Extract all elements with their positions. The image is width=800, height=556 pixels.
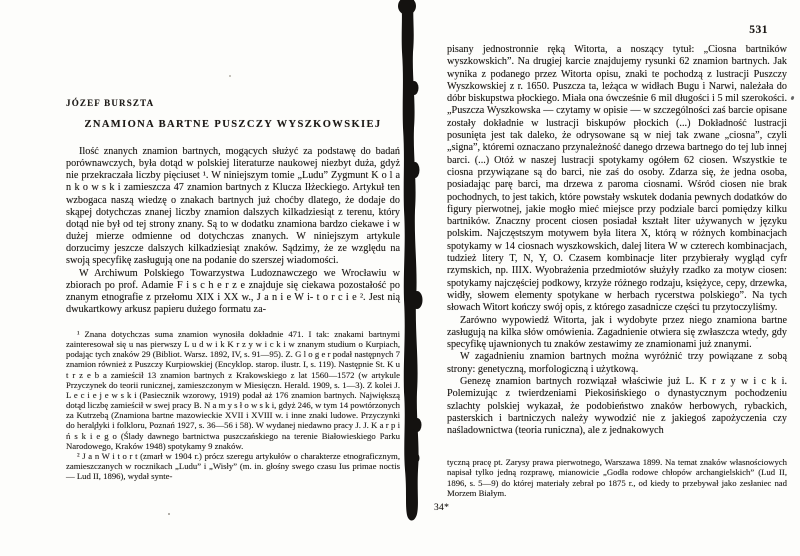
footnote: ¹ Znana dotychczas suma znamion wynosiła…: [66, 329, 400, 451]
scan-speck: [756, 337, 758, 339]
body-paragraph: pisany jednostronnie ręką Witorta, a nos…: [447, 44, 787, 315]
body-paragraph: Genezę znamion bartnych rozwiązał właści…: [447, 376, 787, 437]
right-page-footnotes: tyczną pracę pt. Zarysy prawa pierwotneg…: [447, 457, 787, 498]
author-name: JÓZEF BURSZTA: [66, 98, 154, 108]
scan-speck: [229, 75, 231, 77]
scan-speck: [790, 96, 794, 101]
scanned-book-spread: JÓZEF BURSZTA ZNAMIONA BARTNE PUSZCZY WY…: [0, 0, 800, 556]
book-spine-shadow: [394, 0, 424, 556]
scan-speck: [168, 513, 170, 515]
page-number: 531: [744, 24, 768, 36]
footnote: ² J a n W i t o r t (zmarł w 1904 r.) pr…: [66, 451, 400, 481]
footnote: tyczną pracę pt. Zarysy prawa pierwotneg…: [447, 457, 787, 498]
body-paragraph: Ilość znanych znamion bartnych, mogących…: [66, 146, 400, 268]
scan-speck: [94, 427, 96, 430]
body-paragraph: Zarówno wypowiedź Witorta, jak i wydobyt…: [447, 315, 787, 352]
left-page-body: Ilość znanych znamion bartnych, mogących…: [66, 146, 400, 316]
article-title: ZNAMIONA BARTNE PUSZCZY WYSZKOWSKIEJ: [66, 119, 400, 130]
left-page-footnotes: ¹ Znana dotychczas suma znamion wynosiła…: [66, 329, 400, 481]
body-paragraph: W Archiwum Polskiego Towarzystwa Ludozna…: [66, 268, 400, 317]
right-page-body: pisany jednostronnie ręką Witorta, a nos…: [447, 44, 787, 438]
body-paragraph: W zagadnieniu znamion bartnych można wyr…: [447, 351, 787, 376]
signature-mark: 34*: [434, 503, 449, 513]
